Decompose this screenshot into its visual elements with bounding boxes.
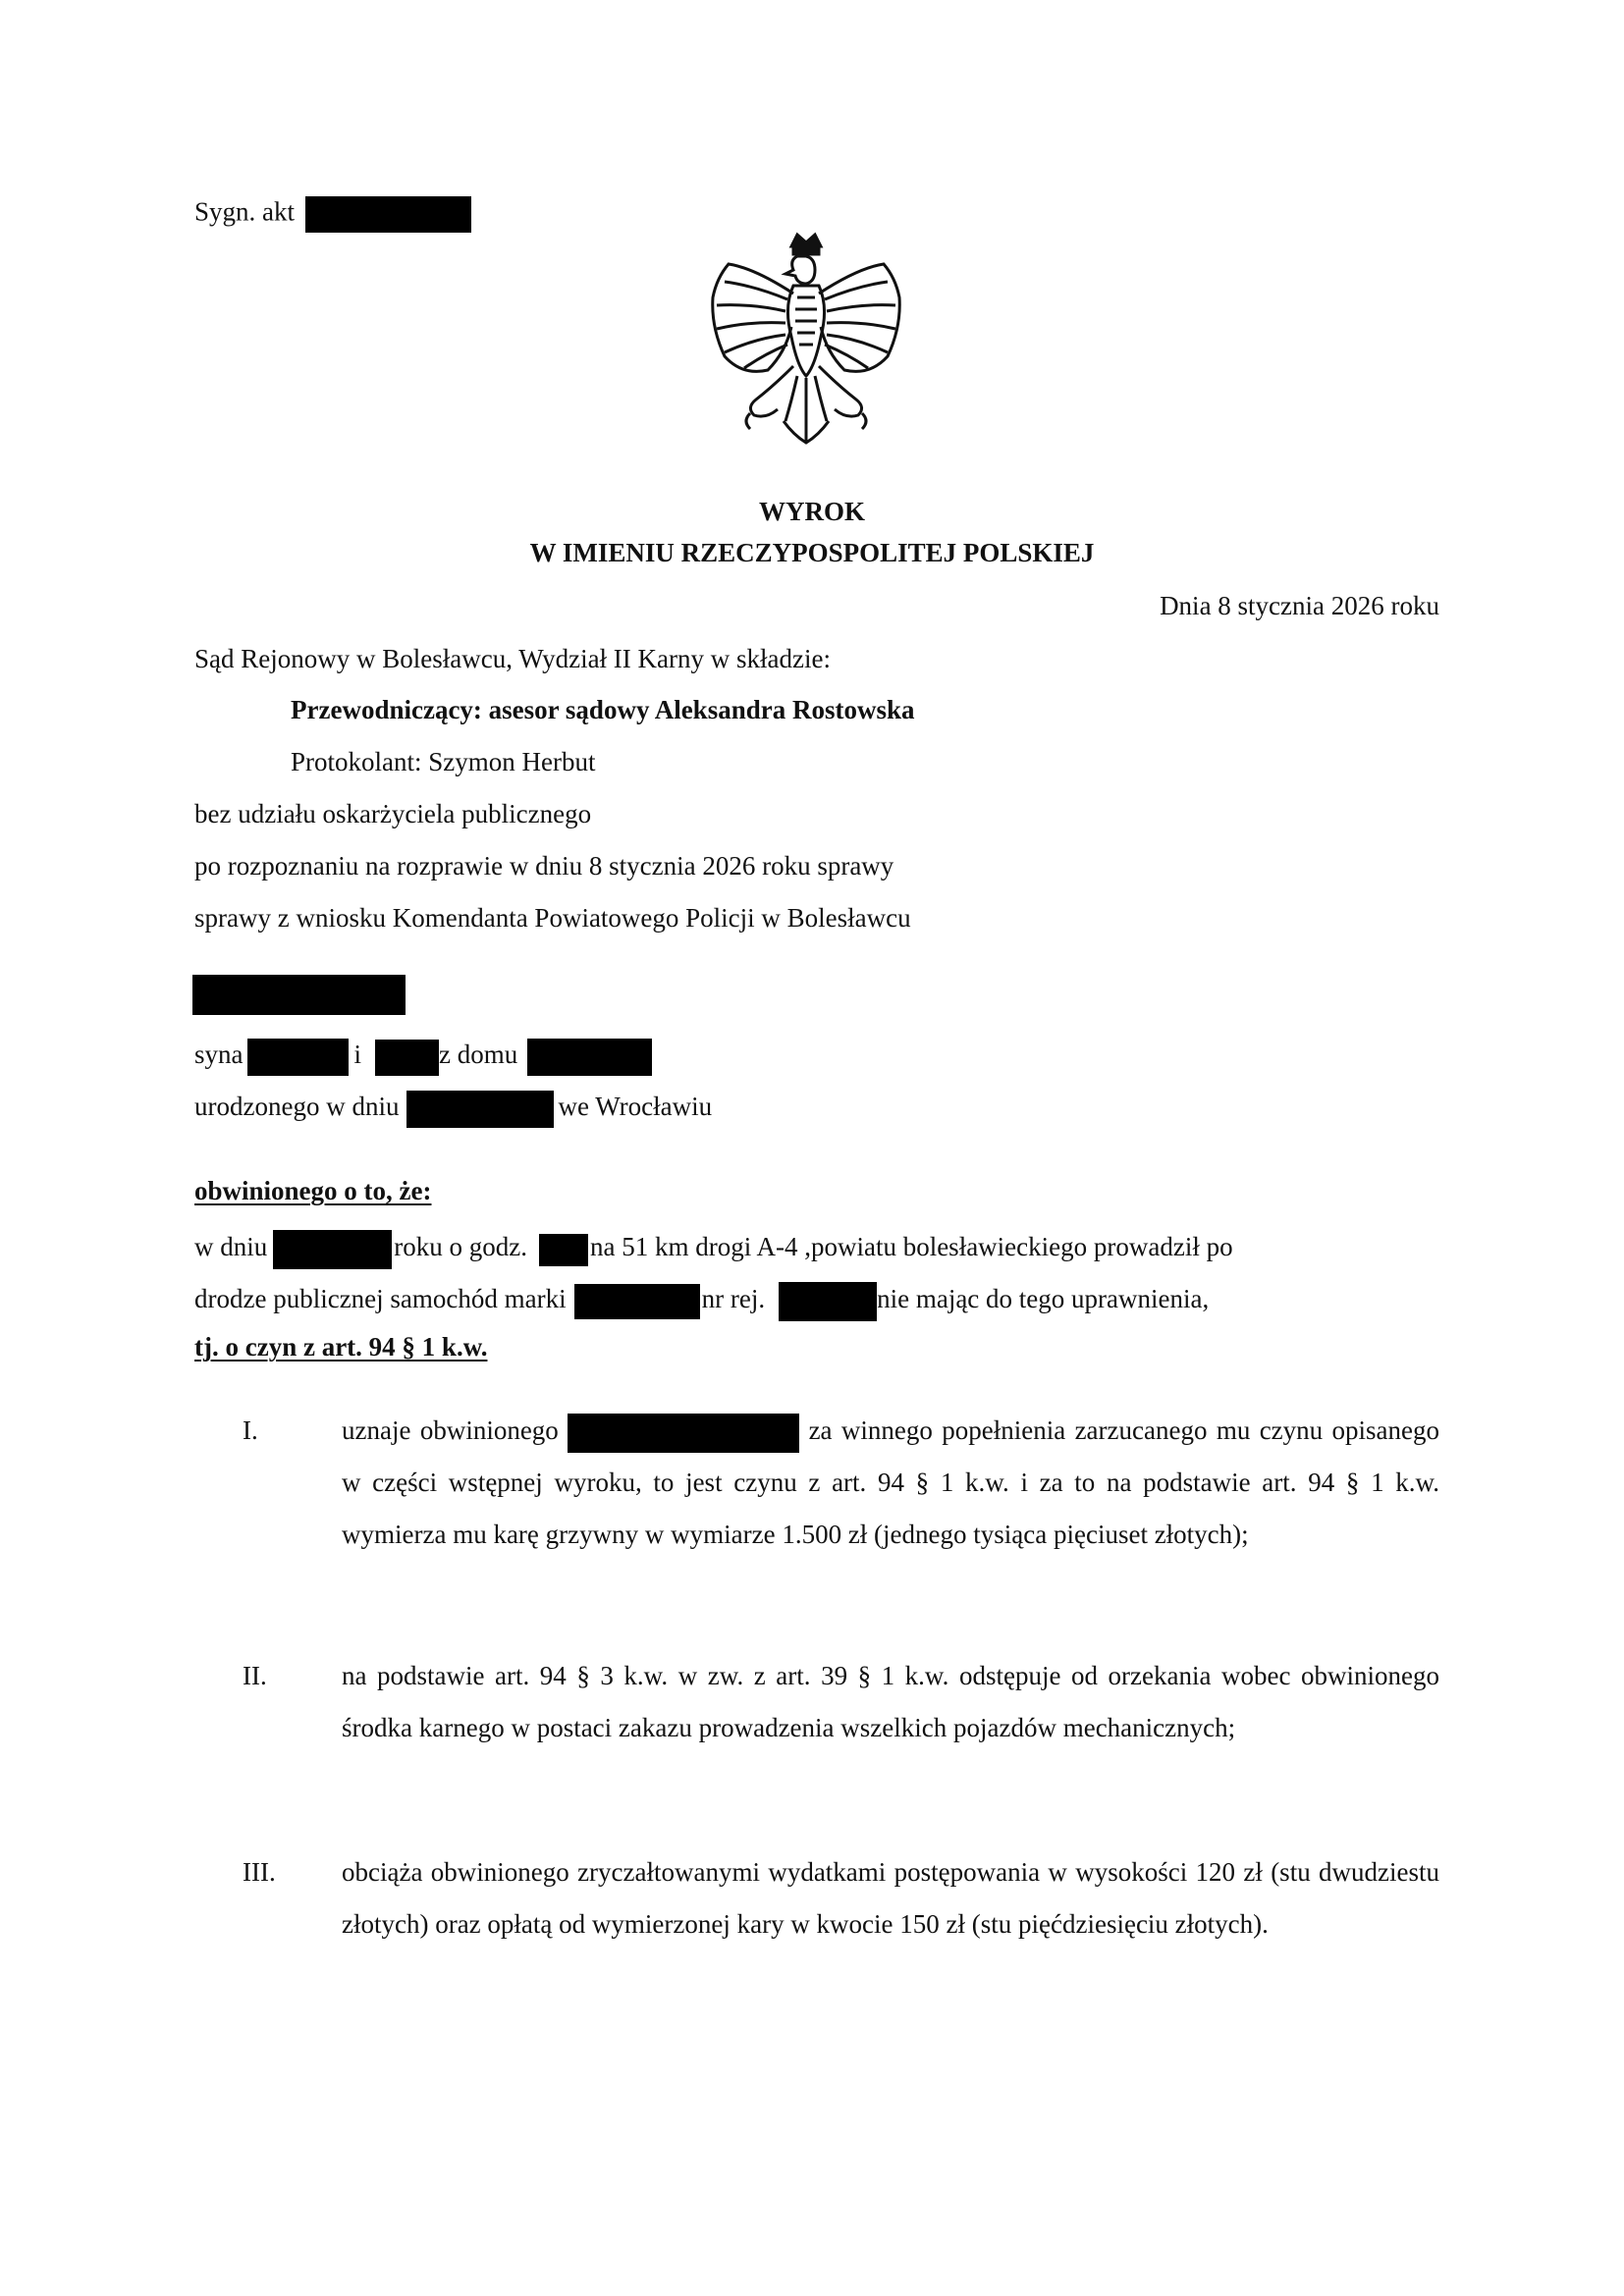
ruling-number: I.: [243, 1417, 258, 1444]
ruling-text: na podstawie art. 94 § 3 k.w. w zw. z ar…: [342, 1650, 1439, 1754]
ruling-number: II.: [243, 1663, 267, 1689]
and-label: i: [354, 1040, 362, 1069]
redacted-car-make: [574, 1284, 700, 1319]
redacted-registration-number: [779, 1282, 877, 1321]
defendant-birth: urodzonego w dniuwe Wrocławiu: [194, 1091, 712, 1128]
ruling-text: uznaje obwinionego za winnego popełnieni…: [342, 1405, 1439, 1561]
charge-text: w dniu: [194, 1232, 267, 1261]
ruling-text: obciąża obwinionego zryczałtowanymi wyda…: [342, 1846, 1439, 1950]
judgment-date: Dnia 8 stycznia 2026 roku: [1160, 593, 1439, 619]
son-of-label: syna: [194, 1040, 244, 1069]
birth-place: we Wrocławiu: [558, 1092, 712, 1121]
presiding-label: Przewodniczący:: [291, 695, 482, 724]
presiding-judge: Przewodniczący: asesor sądowy Aleksandra…: [291, 697, 915, 723]
defendant-parents: synaiz domu: [194, 1039, 652, 1076]
charge-line-2: drodze publicznej samochód markinr rej.n…: [194, 1282, 1209, 1321]
motion-line: sprawy z wniosku Komendanta Powiatowego …: [194, 905, 911, 932]
redacted-birth-date: [406, 1091, 554, 1128]
defendant-name-redacted: [192, 975, 406, 1015]
charge-text: roku o godz.: [394, 1232, 527, 1261]
redacted-offense-time: [539, 1234, 588, 1266]
document-subtitle: W IMIENIU RZECZYPOSPOLITEJ POLSKIEJ: [0, 540, 1624, 566]
polish-eagle-emblem-icon: [695, 229, 917, 453]
prosecutor-note: bez udziału oskarżyciela publicznego: [194, 801, 591, 828]
redacted-offense-date: [273, 1230, 392, 1269]
charge-text: nr rej.: [702, 1284, 765, 1313]
born-label: urodzonego w dniu: [194, 1092, 399, 1121]
redacted-father-name: [247, 1039, 349, 1076]
redacted-maiden-name: [527, 1039, 652, 1076]
redacted-case-number: [305, 196, 471, 233]
presiding-name: asesor sądowy Aleksandra Rostowska: [489, 695, 915, 724]
hearing-line: po rozpoznaniu na rozprawie w dniu 8 sty…: [194, 853, 893, 880]
case-reference: Sygn. akt: [194, 196, 471, 233]
ruling-number: III.: [243, 1859, 276, 1886]
ruling-lead: uznaje obwinionego: [342, 1415, 559, 1445]
case-reference-label: Sygn. akt: [194, 197, 295, 227]
charge-line-1: w dniuroku o godz.na 51 km drogi A-4 ,po…: [194, 1230, 1233, 1269]
court-name: Sąd Rejonowy w Bolesławcu, Wydział II Ka…: [194, 646, 831, 672]
redacted-defendant-name: [568, 1414, 799, 1453]
nee-label: z domu: [439, 1040, 517, 1069]
charge-legal-basis: tj. o czyn z art. 94 § 1 k.w.: [194, 1334, 487, 1361]
charge-text: drodze publicznej samochód marki: [194, 1284, 567, 1313]
charge-text: nie mając do tego uprawnienia,: [877, 1284, 1209, 1313]
document-title: WYROK: [0, 499, 1624, 525]
charge-heading: obwinionego o to, że:: [194, 1178, 431, 1204]
redacted-mother-name: [375, 1040, 439, 1076]
charge-text: na 51 km drogi A-4 ,powiatu bolesławieck…: [590, 1232, 1233, 1261]
court-clerk: Protokolant: Szymon Herbut: [291, 749, 595, 775]
redacted-defendant-name: [192, 975, 406, 1015]
